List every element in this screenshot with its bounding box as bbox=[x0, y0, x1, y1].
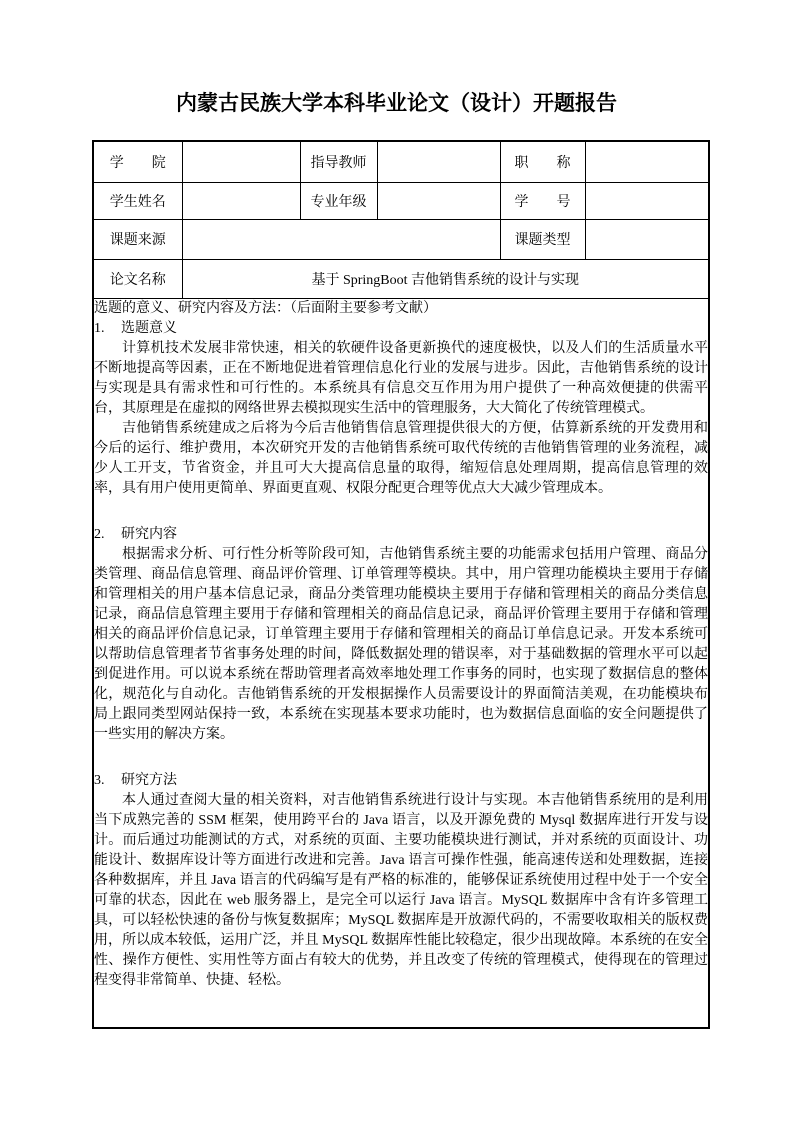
section-2-heading: 2.研究内容 bbox=[94, 525, 708, 545]
school-value bbox=[182, 141, 300, 182]
topic-type-label: 课题类型 bbox=[500, 219, 585, 259]
table-row-school: 学 院 指导教师 职 称 bbox=[93, 141, 709, 182]
prof-title-value bbox=[585, 141, 709, 182]
student-id-value bbox=[585, 182, 709, 219]
school-label: 学 院 bbox=[93, 141, 182, 182]
table-row-topic: 课题来源 课题类型 bbox=[93, 219, 709, 259]
section-1-heading: 1.选题意义 bbox=[94, 319, 708, 339]
section-3-heading: 3.研究方法 bbox=[94, 771, 708, 791]
section-1-paragraph-2: 吉他销售系统建成之后将为今后吉他销售信息管理提供很大的方便，估算新系统的开发费用… bbox=[94, 419, 708, 499]
thesis-title-label: 论文名称 bbox=[93, 259, 182, 298]
table-row-thesis-title: 论文名称 基于 SpringBoot 吉他销售系统的设计与实现 bbox=[93, 259, 709, 298]
table-row-student: 学生姓名 专业年级 学 号 bbox=[93, 182, 709, 219]
section-3-number: 3. bbox=[94, 771, 121, 791]
thesis-title-value: 基于 SpringBoot 吉他销售系统的设计与实现 bbox=[182, 259, 709, 298]
section-1-paragraph-1: 计算机技术发展非常快速，相关的软硬件设备更新换代的速度极快，以及人们的生活质量水… bbox=[94, 339, 708, 419]
advisor-label: 指导教师 bbox=[300, 141, 377, 182]
document-page: 内蒙古民族大学本科毕业论文（设计）开题报告 学 院 指导教师 职 称 学生姓名 … bbox=[0, 0, 793, 1122]
section-3-paragraph-1: 本人通过查阅大量的相关资料，对吉他销售系统进行设计与实现。本吉他销售系统用的是利… bbox=[94, 791, 708, 991]
page-title: 内蒙古民族大学本科毕业论文（设计）开题报告 bbox=[0, 0, 793, 115]
section-2-paragraph-1: 根据需求分析、可行性分析等阶段可知，吉他销售系统主要的功能需求包括用户管理、商品… bbox=[94, 545, 708, 745]
section-2-number: 2. bbox=[94, 525, 121, 545]
advisor-value bbox=[377, 141, 500, 182]
topic-source-value bbox=[182, 219, 500, 259]
section-3-title: 研究方法 bbox=[121, 773, 177, 788]
section-1-number: 1. bbox=[94, 319, 121, 339]
major-grade-value bbox=[377, 182, 500, 219]
student-id-label: 学 号 bbox=[500, 182, 585, 219]
topic-type-value bbox=[585, 219, 709, 259]
student-name-value bbox=[182, 182, 300, 219]
table-row-content: 选题的意义、研究内容及方法：（后面附主要参考文献） 1.选题意义 计算机技术发展… bbox=[93, 298, 709, 1028]
section-1-title: 选题意义 bbox=[121, 321, 177, 336]
student-name-label: 学生姓名 bbox=[93, 182, 182, 219]
topic-source-label: 课题来源 bbox=[93, 219, 182, 259]
info-table: 学 院 指导教师 职 称 学生姓名 专业年级 学 号 课题来源 课题类型 bbox=[92, 140, 710, 1029]
content-cell: 选题的意义、研究内容及方法：（后面附主要参考文献） 1.选题意义 计算机技术发展… bbox=[93, 298, 709, 1028]
section-2-title: 研究内容 bbox=[121, 527, 177, 542]
content-intro: 选题的意义、研究内容及方法：（后面附主要参考文献） bbox=[94, 299, 708, 319]
prof-title-label: 职 称 bbox=[500, 141, 585, 182]
major-grade-label: 专业年级 bbox=[300, 182, 377, 219]
